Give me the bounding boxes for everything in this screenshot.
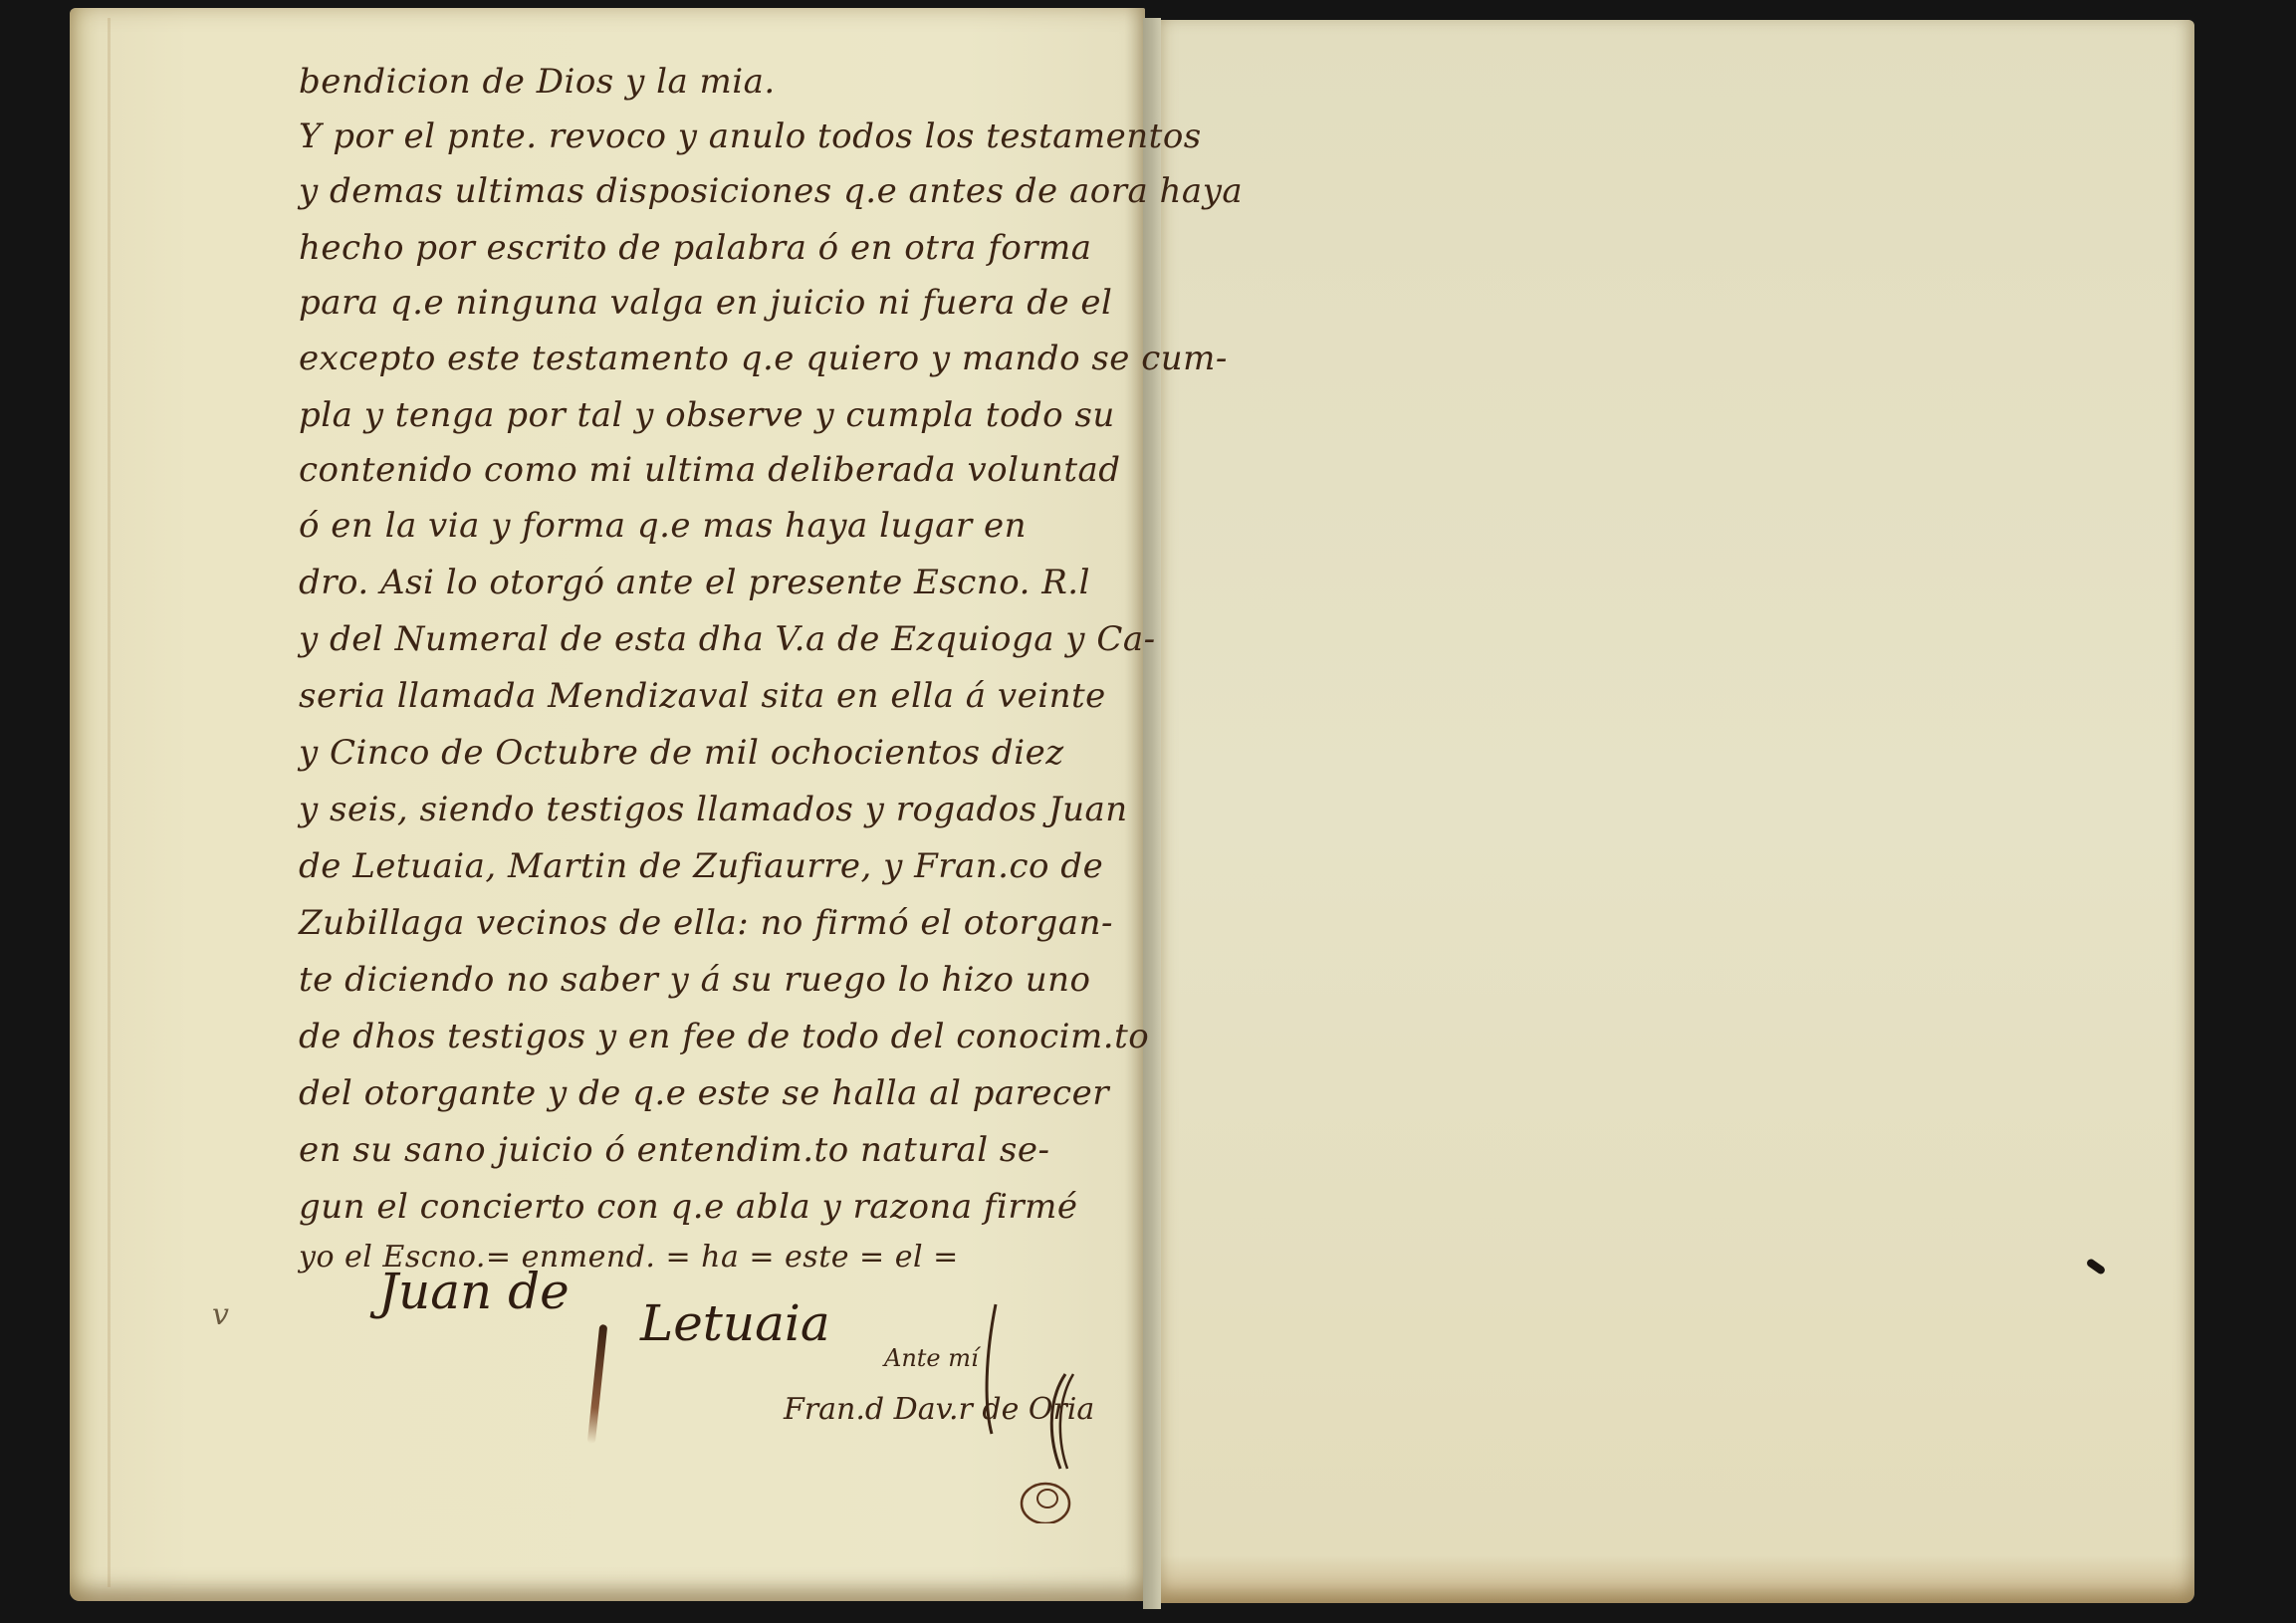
text-line: y demas ultimas disposiciones q.e antes … (299, 171, 1243, 211)
text-line: de Letuaia, Martin de Zufiaurre, y Fran.… (299, 846, 1103, 886)
text-line: en su sano juicio ó entendim.to natural … (299, 1130, 1049, 1170)
text-line: y Cinco de Octubre de mil ochocientos di… (299, 733, 1064, 773)
text-line: para q.e ninguna valga en juicio ni fuer… (299, 283, 1112, 323)
notary-flourish-icon (956, 1294, 1095, 1523)
scan-viewport: bendicion de Dios y la mia. Y por el pnt… (0, 0, 2296, 1623)
page-gutter (1143, 18, 1161, 1609)
text-line: de dhos testigos y en fee de todo del co… (299, 1017, 1149, 1056)
text-line: excepto este testamento q.e quiero y man… (299, 339, 1228, 378)
text-line: ó en la via y forma q.e mas haya lugar e… (299, 506, 1027, 546)
text-line: contenido como mi ultima deliberada volu… (299, 450, 1121, 490)
text-line: te diciendo no saber y á su ruego lo hiz… (299, 960, 1091, 1000)
witness-signature-last: Letuaia (640, 1294, 830, 1352)
witness-signature-first: Juan de (378, 1263, 570, 1320)
text-line: hecho por escrito de palabra ó en otra f… (299, 228, 1092, 268)
margin-mark: v (212, 1297, 229, 1332)
text-line: Zubillaga vecinos de ella: no firmó el o… (299, 903, 1113, 943)
text-line: del otorgante y de q.e este se halla al … (299, 1073, 1109, 1113)
text-line: y del Numeral de esta dha V.a de Ezquiog… (299, 619, 1156, 659)
right-page-blank (1161, 20, 2194, 1603)
text-line: dro. Asi lo otorgó ante el presente Escn… (299, 563, 1090, 602)
text-line: seria llamada Mendizaval sita en ella á … (299, 676, 1106, 716)
text-line: bendicion de Dios y la mia. (299, 62, 776, 102)
text-line: Y por el pnte. revoco y anulo todos los … (299, 116, 1202, 156)
text-line: y seis, siendo testigos llamados y rogad… (299, 790, 1128, 829)
text-line: pla y tenga por tal y observe y cumpla t… (299, 395, 1115, 435)
text-line: gun el concierto con q.e abla y razona f… (299, 1187, 1077, 1227)
